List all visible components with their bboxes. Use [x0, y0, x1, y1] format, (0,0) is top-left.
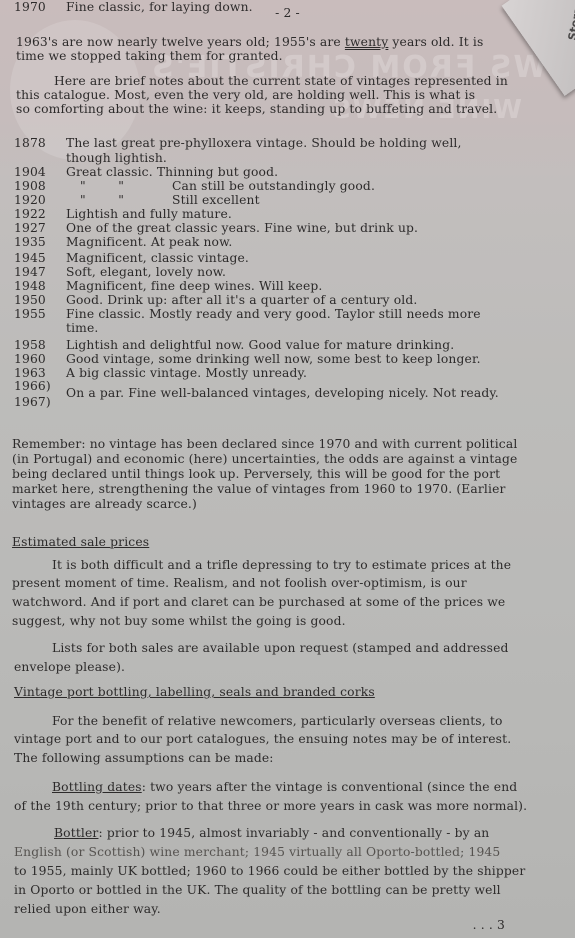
vintage-note: On a par. Fine well-balanced vintages, d… [66, 386, 499, 401]
vintage-note: Magnificent, classic vintage. [66, 251, 249, 266]
section-heading-bottling: Vintage port bottling, labelling, seals … [14, 685, 375, 700]
vintage-year: 1958 [14, 338, 46, 353]
vintage-year: 1950 [14, 293, 46, 308]
vintage-year: 1947 [14, 265, 46, 280]
remember-line: being declared until things look up. Per… [12, 467, 500, 482]
vintage-note: time. [66, 321, 98, 336]
vintage-year: 1904 [14, 165, 46, 180]
bottler-line: in Oporto or bottled in the UK. The qual… [14, 883, 501, 898]
ditto-marks: " " [80, 193, 124, 208]
bottling-intro-line: The following assumptions can be made: [14, 751, 274, 766]
prices-line: It is both difficult and a trifle depres… [52, 558, 511, 573]
intro-line-1: 1963's are now nearly twelve years old; … [16, 35, 483, 50]
vintage-note: The last great pre-phylloxera vintage. S… [66, 136, 462, 151]
intro-line-2: time we stopped taking them for granted. [16, 49, 283, 64]
bottler-line-1: Bottler: prior to 1945, almost invariabl… [54, 826, 489, 841]
remember-line: market here, strengthening the value of … [12, 482, 506, 497]
vintage-year: 1955 [14, 307, 46, 322]
para2-line: so comforting about the wine: it keeps, … [16, 102, 497, 117]
bottler-label: Bottler [54, 826, 98, 840]
vintage-year: 1878 [14, 136, 46, 151]
vintage-year: 1927 [14, 221, 46, 236]
bottling-dates-line-1: Bottling dates: two years after the vint… [52, 780, 517, 795]
vintage-note: One of the great classic years. Fine win… [66, 221, 418, 236]
vintage-year: 1960 [14, 352, 46, 367]
lists-line: Lists for both sales are available upon … [52, 641, 509, 656]
bottling-intro-line: vintage port and to our port catalogues,… [14, 732, 511, 747]
bottling-dates-text: : two years after the vintage is convent… [142, 780, 518, 794]
prices-line: present moment of time. Realism, and not… [12, 576, 467, 591]
vintage-year: 1908 [14, 179, 46, 194]
vintage-note: Magnificent, fine deep wines. Will keep. [66, 279, 322, 294]
bottling-intro-line: For the benefit of relative newcomers, p… [52, 714, 503, 729]
vintage-note: Fine classic. Mostly ready and very good… [66, 307, 481, 322]
bottler-text: : prior to 1945, almost invariably - and… [98, 826, 489, 840]
remember-line: Remember: no vintage has been declared s… [12, 437, 517, 452]
vintage-note: Lightish and fully mature. [66, 207, 232, 222]
vintage-note: though lightish. [66, 151, 167, 166]
vintage-year: 1920 [14, 193, 46, 208]
vintage-note: Lightish and delightful now. Good value … [66, 338, 454, 353]
para2-line: this catalogue. Most, even the very old,… [16, 88, 475, 103]
bottling-dates-label: Bottling dates [52, 780, 142, 794]
prices-line: watchword. And if port and claret can be… [12, 595, 505, 610]
bottler-line: relied upon either way. [14, 902, 161, 917]
ditto-marks: " " [80, 179, 124, 194]
vintage-year: 1935 [14, 235, 46, 250]
vintage-note: Good. Drink up: after all it's a quarter… [66, 293, 417, 308]
vintage-year: 1945 [14, 251, 46, 266]
bottler-line: English (or Scottish) wine merchant; 194… [14, 845, 500, 860]
vintage-year: 1966) 1967) [14, 378, 51, 410]
vintage-note: Good vintage, some drinking well now, so… [66, 352, 481, 367]
lists-line: envelope please). [14, 660, 125, 675]
vintage-note: Magnificent. At peak now. [66, 235, 232, 250]
vintage-note: Fine classic, for laying down. [66, 0, 253, 15]
bottling-dates-line-2: of the 19th century; prior to that three… [14, 799, 527, 814]
continued-marker: . . . 3 [473, 918, 505, 933]
intro-text: 1963's are now nearly twelve years old; … [16, 35, 345, 49]
vintage-note: Still excellent [172, 193, 260, 208]
remember-line: (in Portugal) and economic (here) uncert… [12, 452, 517, 467]
prices-line: suggest, why not buy some whilst the goi… [12, 614, 346, 629]
vintage-note: Soft, elegant, lovely now. [66, 265, 226, 280]
vintage-note: Can still be outstandingly good. [172, 179, 375, 194]
vintage-year: 1948 [14, 279, 46, 294]
vintage-year: 1922 [14, 207, 46, 222]
emphasis-twenty: twenty [345, 35, 388, 49]
vintage-year: 1970 [14, 0, 46, 15]
document-page: NEWS FROM CHRISTIE'S WINE NEWS Stora - 2… [0, 0, 575, 938]
vintage-note: A big classic vintage. Mostly unready. [66, 366, 307, 381]
section-heading-estimated-sale-prices: Estimated sale prices [12, 535, 149, 550]
para2-line: Here are brief notes about the current s… [54, 74, 508, 89]
remember-line: vintages are already scarce.) [12, 497, 197, 512]
bottler-line: to 1955, mainly UK bottled; 1960 to 1966… [14, 864, 525, 879]
vintage-note: Great classic. Thinning but good. [66, 165, 278, 180]
intro-text-end: years old. It is [388, 35, 483, 49]
